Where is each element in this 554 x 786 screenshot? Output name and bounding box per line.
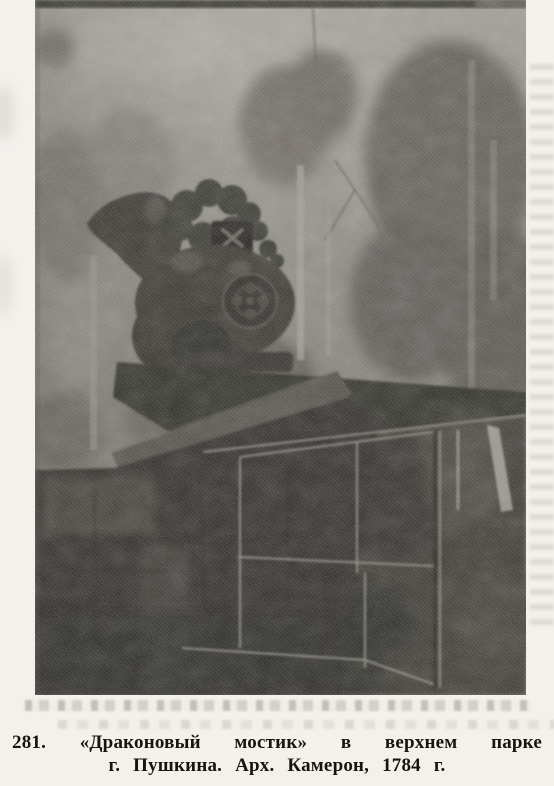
figure-caption: 281. «Драконовый мостик» в верхнем парке… — [12, 731, 542, 777]
photo-grain-coarse — [35, 0, 526, 695]
figure-caption-line1: 281. «Драконовый мостик» в верхнем парке — [12, 731, 542, 754]
figure-caption-line2: г. Пушкина. Арх. Камерон, 1784 г. — [12, 754, 542, 777]
page-bleed-text-right — [530, 55, 554, 625]
page-bleed-strip — [25, 700, 531, 711]
page-stain — [0, 255, 12, 315]
figure-photo — [35, 0, 526, 695]
photo-artwork — [35, 0, 526, 695]
page-bleed-strip — [58, 720, 554, 729]
page-stain — [0, 85, 14, 140]
book-page: 281. «Драконовый мостик» в верхнем парке… — [0, 0, 554, 786]
